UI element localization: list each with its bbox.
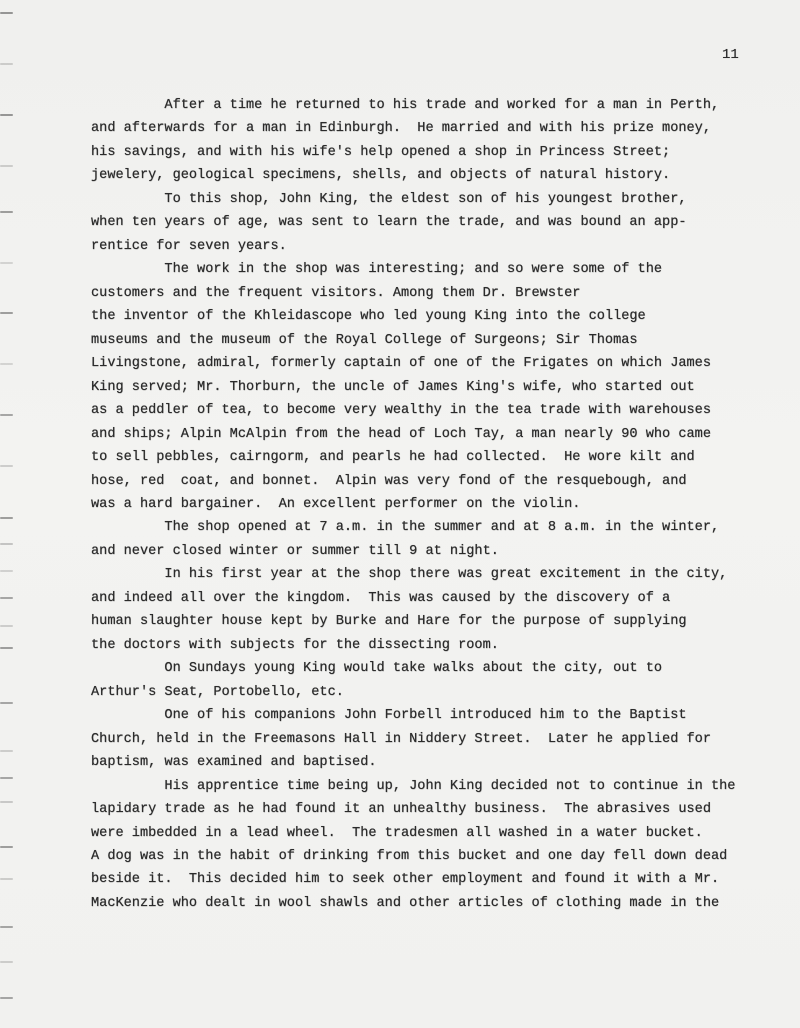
edge-mark	[0, 801, 13, 803]
text-line: lapidary trade as he had found it an unh…	[91, 798, 771, 821]
text-line: his savings, and with his wife's help op…	[91, 141, 771, 164]
edge-mark	[0, 702, 13, 704]
text-line: The shop opened at 7 a.m. in the summer …	[91, 516, 771, 539]
edge-mark	[0, 625, 13, 627]
text-line: was a hard bargainer. An excellent perfo…	[91, 493, 771, 516]
text-line: jewelery, geological specimens, shells, …	[91, 164, 771, 187]
text-line: and never closed winter or summer till 9…	[91, 540, 771, 563]
body-text: After a time he returned to his trade an…	[91, 94, 771, 915]
text-line: and indeed all over the kingdom. This wa…	[91, 587, 771, 610]
edge-mark	[0, 211, 13, 213]
edge-mark	[0, 414, 13, 416]
edge-mark	[0, 926, 13, 928]
text-line: Church, held in the Freemasons Hall in N…	[91, 728, 771, 751]
edge-marks	[0, 0, 20, 1028]
edge-mark	[0, 997, 13, 999]
edge-mark	[0, 465, 13, 467]
document-page: 11 After a time he returned to his trade…	[0, 0, 800, 1028]
edge-mark	[0, 878, 13, 880]
text-line: King served; Mr. Thorburn, the uncle of …	[91, 376, 771, 399]
text-line: to sell pebbles, cairngorm, and pearls h…	[91, 446, 771, 469]
text-line: museums and the museum of the Royal Coll…	[91, 329, 771, 352]
text-line: After a time he returned to his trade an…	[91, 94, 771, 117]
edge-mark	[0, 846, 13, 848]
text-line: as a peddler of tea, to become very weal…	[91, 399, 771, 422]
text-line: To this shop, John King, the eldest son …	[91, 188, 771, 211]
text-line: In his first year at the shop there was …	[91, 563, 771, 586]
text-line: rentice for seven years.	[91, 235, 771, 258]
text-line: the inventor of the Khleidascope who led…	[91, 305, 771, 328]
text-line: human slaughter house kept by Burke and …	[91, 610, 771, 633]
text-line: The work in the shop was interesting; an…	[91, 258, 771, 281]
text-line: beside it. This decided him to seek othe…	[91, 868, 771, 891]
edge-mark	[0, 543, 13, 545]
text-line: A dog was in the habit of drinking from …	[91, 845, 771, 868]
edge-mark	[0, 570, 13, 572]
edge-mark	[0, 750, 13, 752]
edge-mark	[0, 777, 13, 779]
text-line: On Sundays young King would take walks a…	[91, 657, 771, 680]
edge-mark	[0, 312, 13, 314]
edge-mark	[0, 597, 13, 599]
text-line: His apprentice time being up, John King …	[91, 775, 771, 798]
edge-mark	[0, 517, 13, 519]
edge-mark	[0, 363, 13, 365]
edge-mark	[0, 12, 13, 14]
edge-mark	[0, 647, 13, 649]
text-line: Arthur's Seat, Portobello, etc.	[91, 681, 771, 704]
edge-mark	[0, 63, 13, 65]
text-line: MacKenzie who dealt in wool shawls and o…	[91, 892, 771, 915]
text-line: and afterwards for a man in Edinburgh. H…	[91, 117, 771, 140]
edge-mark	[0, 114, 13, 116]
edge-mark	[0, 165, 13, 167]
text-line: when ten years of age, was sent to learn…	[91, 211, 771, 234]
text-line: were imbedded in a lead wheel. The trade…	[91, 822, 771, 845]
text-line: hose, red coat, and bonnet. Alpin was ve…	[91, 470, 771, 493]
text-line: the doctors with subjects for the dissec…	[91, 634, 771, 657]
text-line: Livingstone, admiral, formerly captain o…	[91, 352, 771, 375]
text-line: and ships; Alpin McAlpin from the head o…	[91, 423, 771, 446]
edge-mark	[0, 262, 13, 264]
page-number: 11	[722, 47, 739, 63]
text-line: customers and the frequent visitors. Amo…	[91, 282, 771, 305]
edge-mark	[0, 961, 13, 963]
text-line: One of his companions John Forbell intro…	[91, 704, 771, 727]
text-line: baptism, was examined and baptised.	[91, 751, 771, 774]
